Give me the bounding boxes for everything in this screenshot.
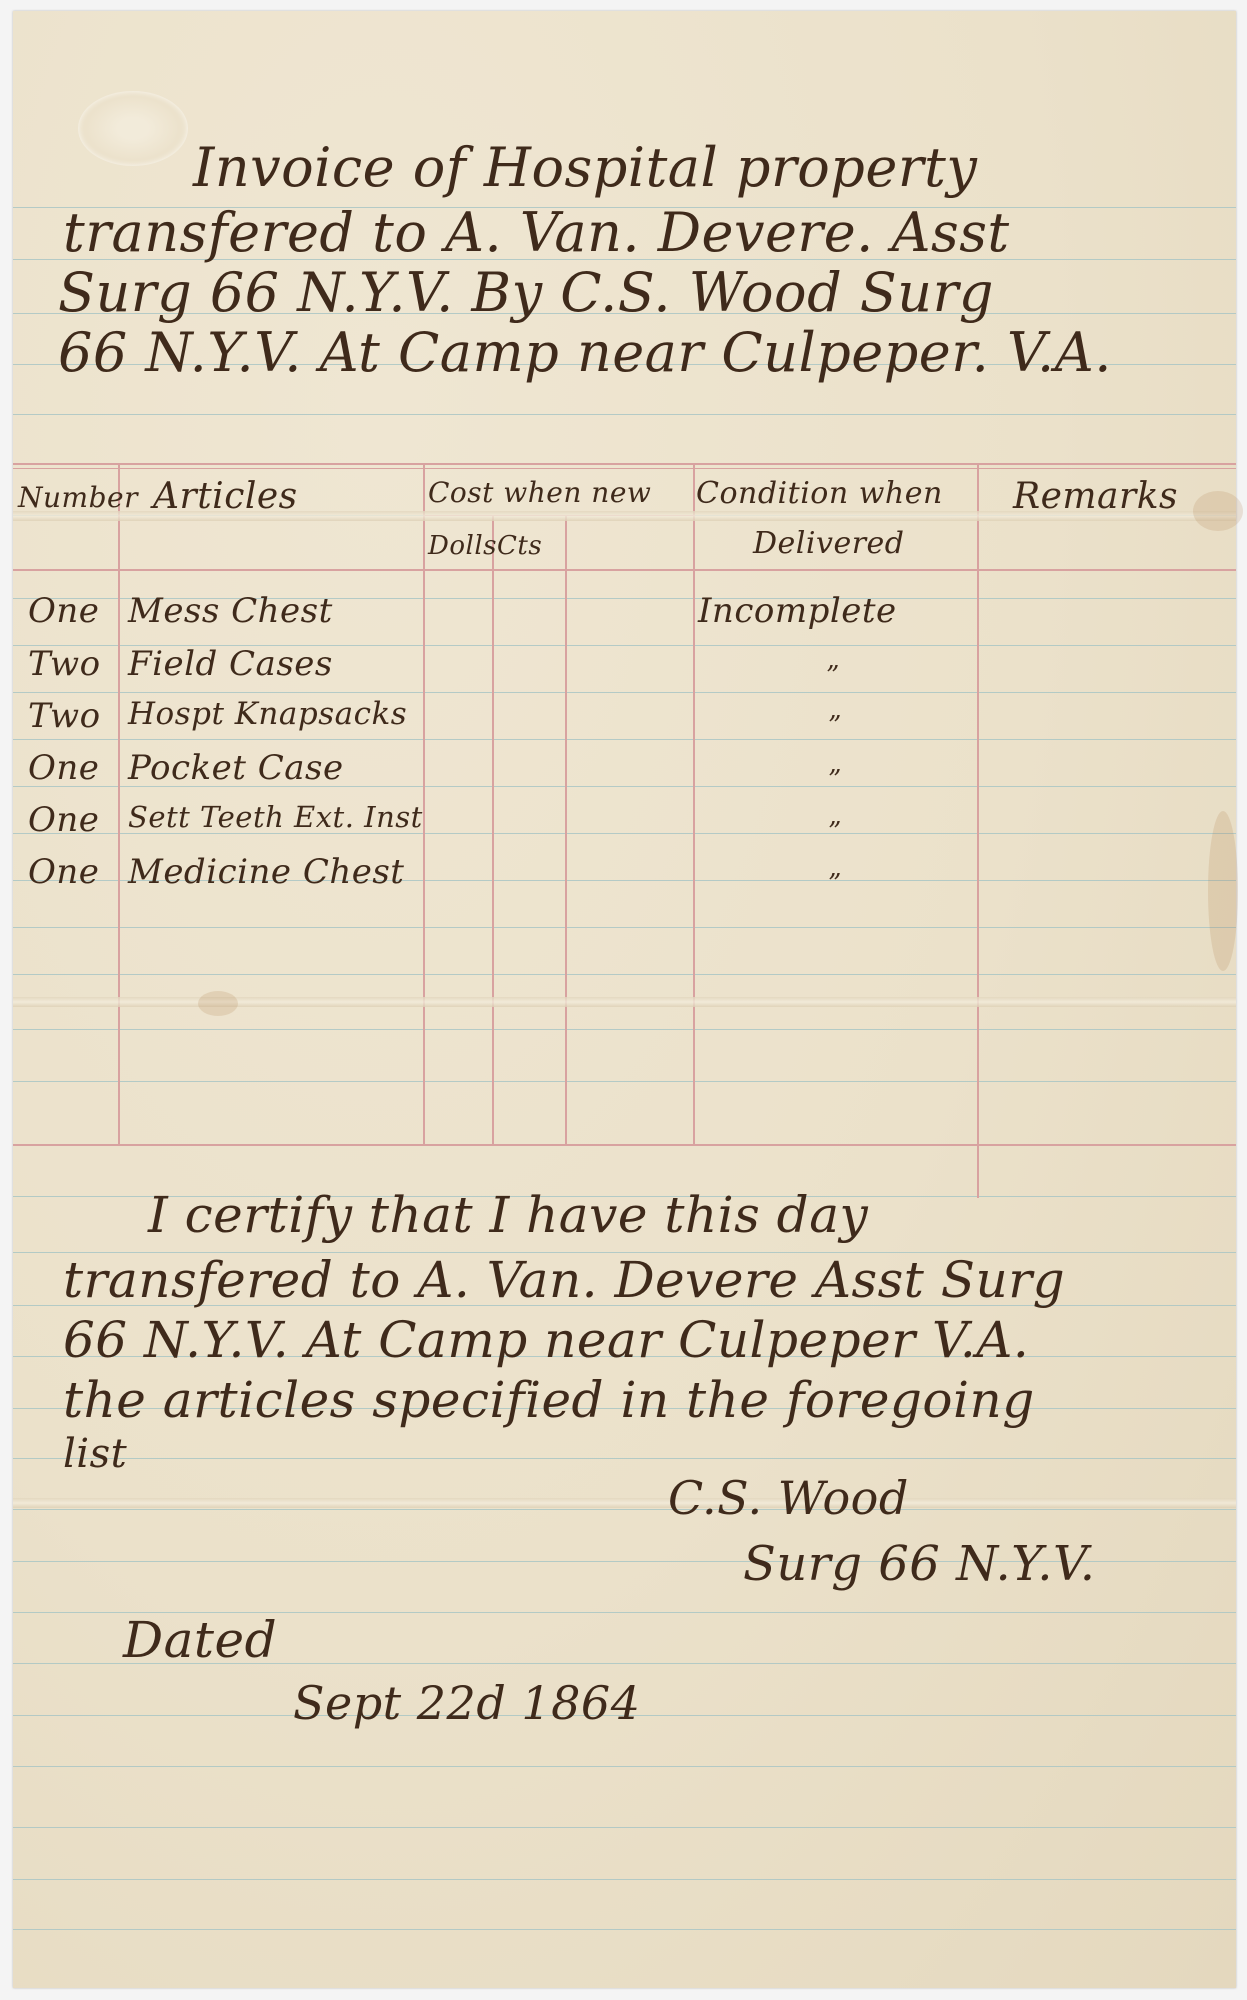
water-stain bbox=[1208, 811, 1238, 971]
row-article: Sett Teeth Ext. Inst bbox=[128, 800, 423, 834]
dated-label: Dated bbox=[123, 1611, 277, 1669]
row-number: Two bbox=[28, 696, 101, 736]
signature-title: Surg 66 N.Y.V. bbox=[743, 1536, 1096, 1592]
row-condition: ” bbox=[826, 661, 840, 691]
certification-line-1: I certify that I have this day bbox=[148, 1186, 868, 1244]
row-condition: ” bbox=[828, 817, 842, 847]
embossed-seal bbox=[78, 91, 188, 166]
row-number: One bbox=[28, 852, 99, 892]
title-line-1: Invoice of Hospital property bbox=[193, 136, 977, 199]
header-condition-when: Condition when bbox=[696, 476, 943, 511]
row-article: Mess Chest bbox=[128, 591, 333, 631]
title-line-4: 66 N.Y.V. At Camp near Culpeper. V.A. bbox=[58, 321, 1112, 384]
header-cost-dolls: Dolls bbox=[428, 531, 497, 561]
certification-line-3: 66 N.Y.V. At Camp near Culpeper V.A. bbox=[63, 1311, 1029, 1369]
row-article: Hospt Knapsacks bbox=[128, 696, 407, 732]
row-article: Pocket Case bbox=[128, 748, 344, 788]
certification-line-2: transfered to A. Van. Devere Asst Surg bbox=[63, 1251, 1065, 1309]
document-page: Invoice of Hospital property transfered … bbox=[13, 11, 1236, 1988]
row-number: Two bbox=[28, 644, 101, 684]
water-stain bbox=[1193, 491, 1243, 531]
row-condition: Incomplete bbox=[698, 591, 897, 631]
date-value: Sept 22d 1864 bbox=[293, 1676, 640, 1730]
row-number: One bbox=[28, 800, 99, 840]
fold-crease bbox=[13, 1498, 1236, 1508]
signature-name: C.S. Wood bbox=[668, 1471, 909, 1525]
water-stain bbox=[198, 991, 238, 1016]
title-line-3: Surg 66 N.Y.V. By C.S. Wood Surg bbox=[58, 261, 994, 324]
header-articles: Articles bbox=[153, 476, 298, 517]
row-number: One bbox=[28, 591, 99, 631]
title-line-2: transfered to A. Van. Devere. Asst bbox=[63, 201, 1010, 264]
certification-line-4: the articles specified in the foregoing bbox=[63, 1371, 1035, 1429]
row-number: One bbox=[28, 748, 99, 788]
row-article: Field Cases bbox=[128, 644, 333, 684]
header-number: Number bbox=[18, 481, 138, 514]
header-cost-when-new: Cost when new bbox=[428, 476, 651, 509]
header-condition-delivered: Delivered bbox=[753, 526, 905, 561]
fold-crease bbox=[13, 997, 1236, 1007]
row-condition: ” bbox=[828, 765, 842, 795]
certification-line-5: list bbox=[63, 1431, 127, 1477]
row-article: Medicine Chest bbox=[128, 852, 404, 892]
row-condition: ” bbox=[828, 711, 842, 741]
header-cost-cts: Cts bbox=[497, 531, 542, 561]
header-remarks: Remarks bbox=[1013, 476, 1178, 517]
row-condition: ” bbox=[828, 869, 842, 899]
